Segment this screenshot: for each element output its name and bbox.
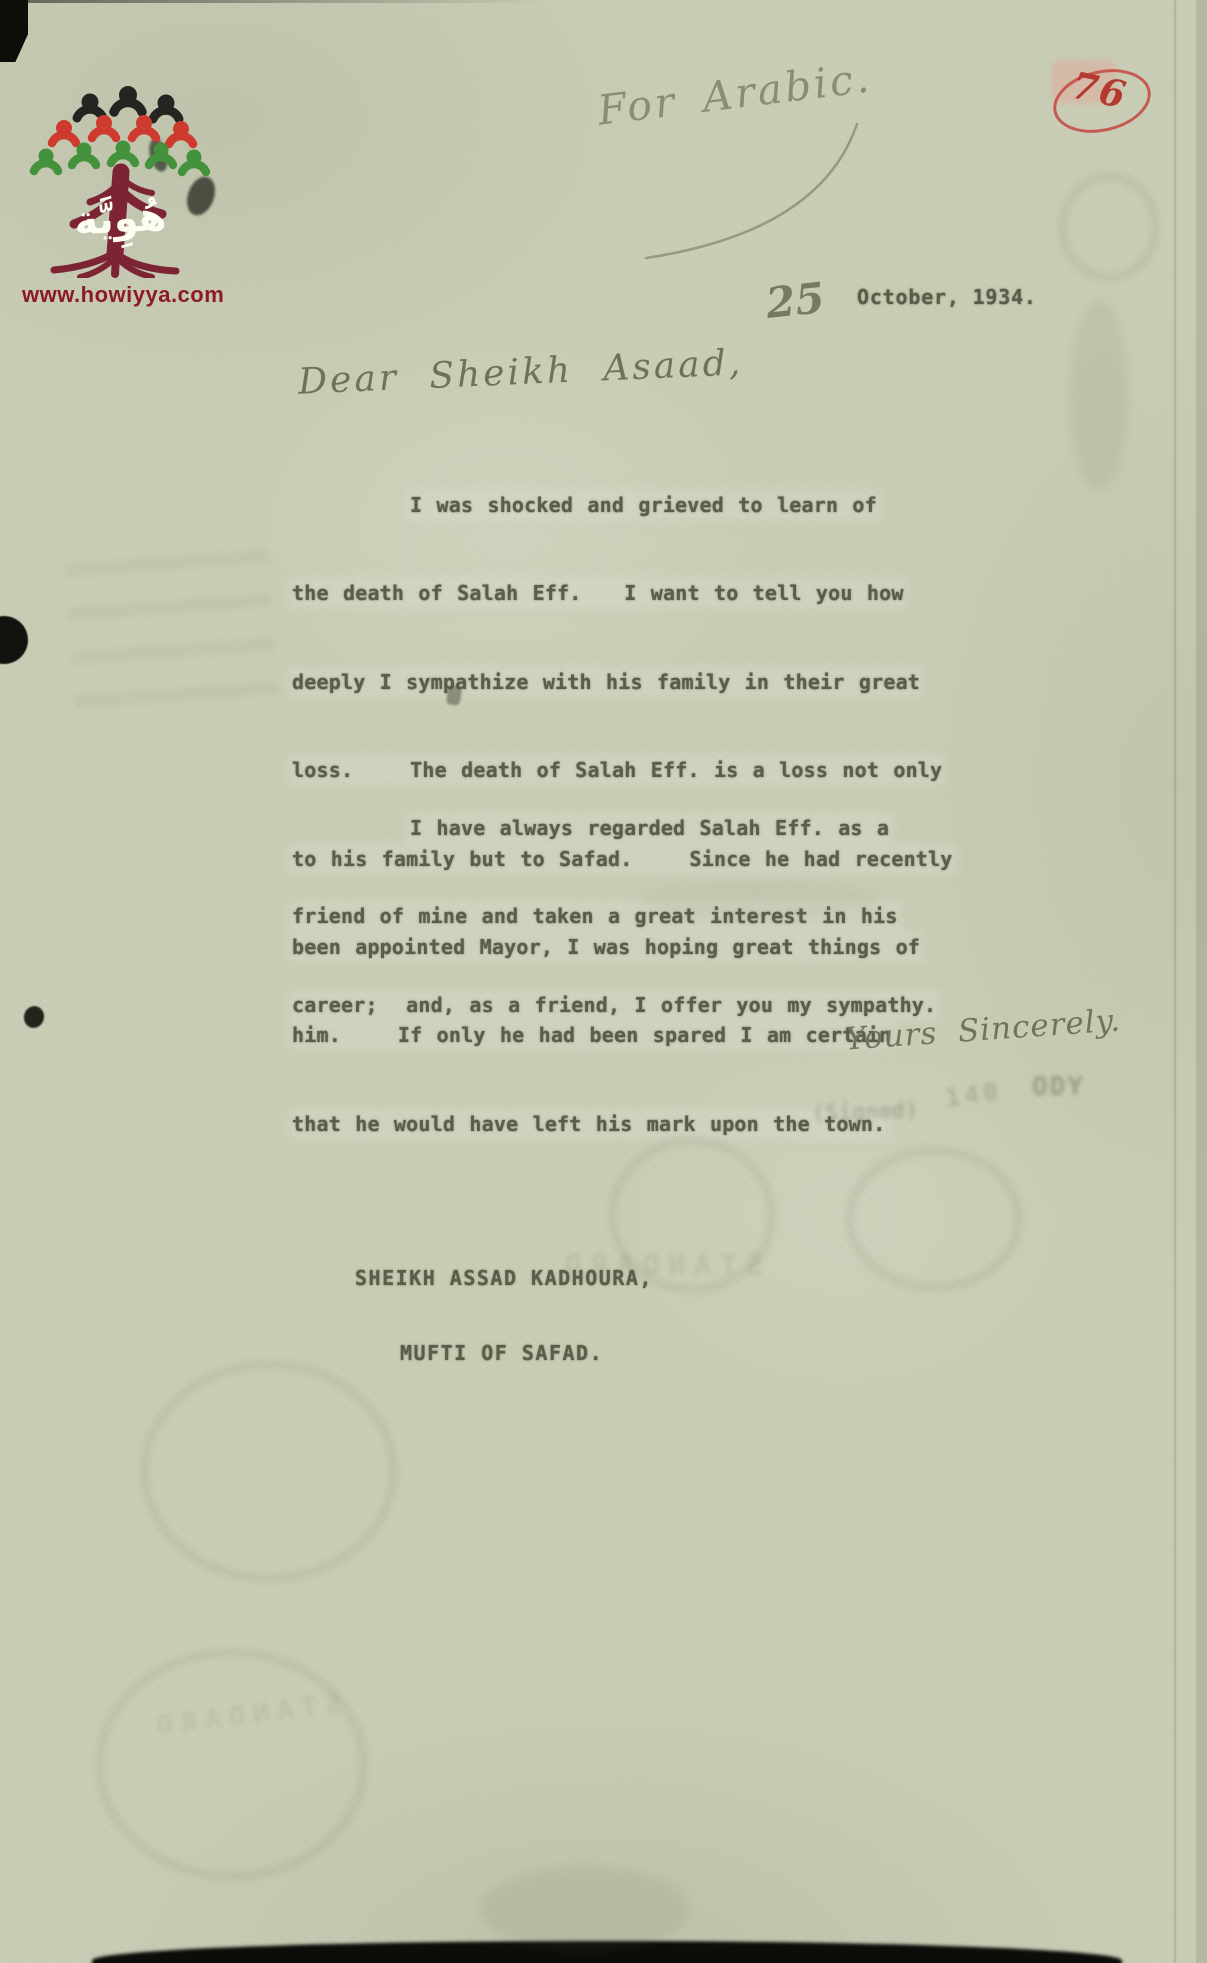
howiyya-logo: هُوِيَّة www.howiyya.com	[18, 86, 218, 308]
right-edge-shade	[1196, 0, 1207, 1963]
body-line: the death of Salah Eff. I want to tell y…	[292, 573, 953, 613]
scan-top-edge-line	[26, 0, 546, 3]
ghost-letter-fragment: ODY	[1032, 1072, 1085, 1102]
recipient-block: SHEIKH ASSAD KADHOURA, MUFTI OF SAFAD.	[355, 1216, 653, 1416]
body-line: deeply I sympathize with his family in t…	[292, 662, 953, 702]
tree-of-people-icon: هُوِيَّة	[18, 86, 218, 278]
salutation-handwritten: Dear Sheikh Asaad,	[297, 342, 744, 402]
hole-punch-notch	[0, 616, 28, 664]
body-line: I was shocked and grieved to learn of	[292, 485, 953, 525]
handwritten-day: 25	[764, 273, 827, 328]
bleed-through-ghost	[64, 549, 281, 738]
body-line: career; and, as a friend, I offer you my…	[292, 985, 936, 1025]
hole-punch-dot	[21, 1004, 46, 1030]
typed-date: October, 1934.	[857, 285, 1037, 309]
bleed-through-ghost	[640, 880, 880, 920]
recipient-title: MUFTI OF SAFAD.	[355, 1341, 653, 1366]
bleed-through-ghost	[845, 1146, 1023, 1292]
paper-fold-crease	[1174, 0, 1176, 1963]
bleed-through-ghost	[95, 1648, 368, 1881]
ghost-standard-text: STANDARD	[556, 1248, 763, 1281]
body-paragraph-2: I have always regarded Salah Eff. as a f…	[292, 760, 936, 1073]
body-line: I have always regarded Salah Eff. as a	[292, 808, 936, 848]
pencil-underline-flourish	[630, 110, 910, 270]
bleed-through-ghost	[140, 1360, 398, 1583]
bleed-through-ghost	[480, 1866, 690, 1951]
scan-corner-black	[0, 0, 28, 62]
scanned-letter-page: هُوِيَّة www.howiyya.com 76 For Arabic. …	[0, 0, 1207, 1963]
logo-website-url: www.howiyya.com	[22, 282, 224, 308]
ghost-signed-stamp: (Signed)	[812, 1098, 919, 1127]
bleed-through-ghost	[1070, 300, 1128, 490]
bleed-through-ghost	[1058, 172, 1160, 282]
faded-letter-spot	[300, 644, 322, 668]
